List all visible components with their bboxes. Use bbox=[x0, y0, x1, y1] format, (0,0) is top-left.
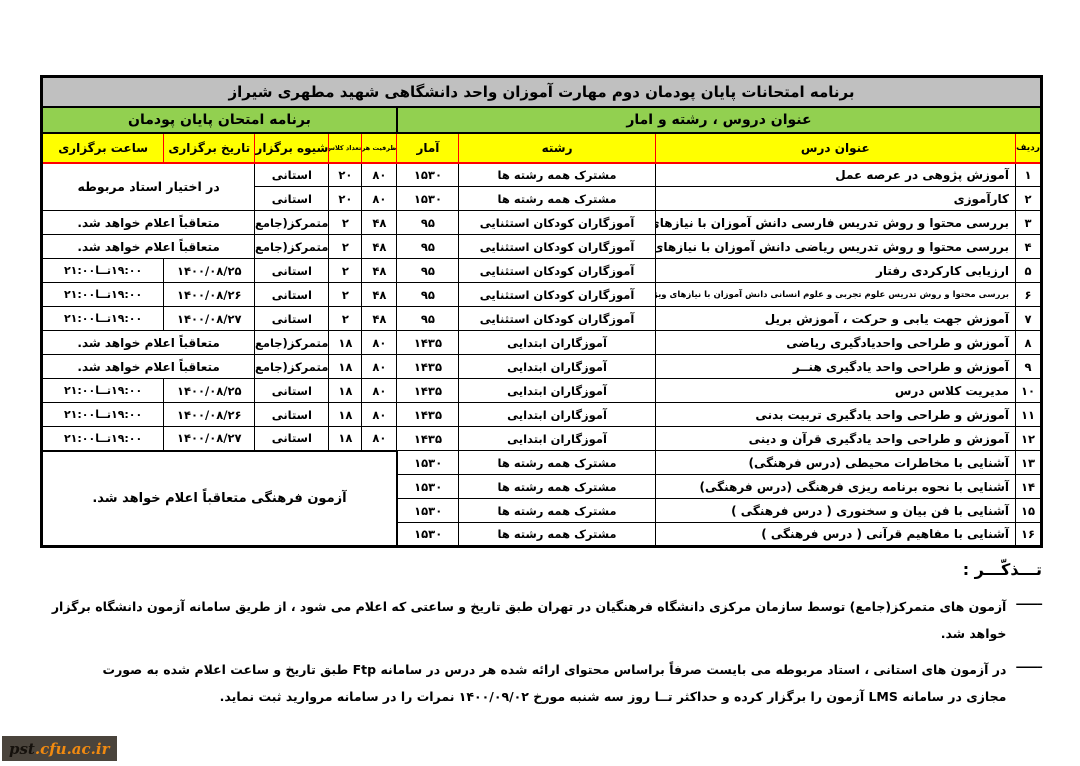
class-count: ۲۰ bbox=[329, 187, 362, 211]
exam-schedule-table: برنامه امتحانات پایان پودمان دوم مهارت آ… bbox=[40, 75, 1043, 548]
class-count: ۲ bbox=[329, 211, 362, 235]
class-capacity: ۸۰ bbox=[362, 427, 397, 451]
course-title: کارآموزی bbox=[655, 187, 1015, 211]
exam-time: ۱۹:۰۰تــا۲۱:۰۰ bbox=[42, 259, 164, 283]
exam-date: ۱۴۰۰/۰۸/۲۶ bbox=[164, 283, 255, 307]
exam-table-row: ۱۲آموزش و طراحی واحد یادگیری قرآن و دینی… bbox=[42, 427, 1042, 451]
exam-table-row: ۷آموزش جهت یابی و حرکت ، آموزش بریلآموزگ… bbox=[42, 307, 1042, 331]
note-line: آزمون های متمرکز(جامع) توسط سازمان مرکزی… bbox=[38, 593, 1006, 647]
class-capacity: ۸۰ bbox=[362, 403, 397, 427]
note-provincial-exams: ــــــ در آزمون های استانی ، استاد مربوط… bbox=[38, 656, 1042, 710]
cultural-exam-note: آزمون فرهنگی متعاقباً اعلام خواهد شد. bbox=[42, 451, 397, 547]
course-title: آشنایی با مخاطرات محیطی (درس فرهنگی) bbox=[655, 451, 1015, 475]
exam-date: ۱۴۰۰/۰۸/۲۵ bbox=[164, 379, 255, 403]
course-title: آموزش و طراحی واحد یادگیری قرآن و دینی bbox=[655, 427, 1015, 451]
col-header-class-count: تعداد کلاس bbox=[329, 133, 362, 163]
stat-count: ۱۵۳۰ bbox=[397, 187, 459, 211]
method: متمرکز(جامع) bbox=[255, 211, 329, 235]
stat-count: ۱۴۳۵ bbox=[397, 331, 459, 355]
band-exam-program: برنامه امتحان پایان پودمان bbox=[42, 107, 397, 133]
row-number: ۱۵ bbox=[1015, 499, 1041, 523]
notes-heading: تـــذکّـــر : bbox=[38, 560, 1042, 579]
exam-table-row: ۳بررسی محتوا و روش تدریس فارسی دانش آموز… bbox=[42, 211, 1042, 235]
row-number: ۱۶ bbox=[1015, 523, 1041, 547]
row-number: ۸ bbox=[1015, 331, 1041, 355]
exam-table-row: ۵ارزیابی کارکردی رفتارآموزگاران کودکان ا… bbox=[42, 259, 1042, 283]
row-number: ۹ bbox=[1015, 355, 1041, 379]
method: استانی bbox=[255, 379, 329, 403]
exam-table-row: ۱۳آشنایی با مخاطرات محیطی (درس فرهنگی)مش… bbox=[42, 451, 1042, 475]
column-header-row: ردیف عنوان درس رشته آمار ظرفیت هر کلاس ت… bbox=[42, 133, 1042, 163]
row-number: ۱۳ bbox=[1015, 451, 1041, 475]
row-number: ۶ bbox=[1015, 283, 1041, 307]
class-capacity: ۴۸ bbox=[362, 283, 397, 307]
exam-table-row: ۱آموزش پژوهی در عرصه عملمشترک همه رشته ه… bbox=[42, 163, 1042, 187]
major: آموزگاران ابتدایی bbox=[459, 355, 655, 379]
exam-table-row: ۱۰مدیریت کلاس درسآموزگاران ابتدایی۱۴۳۵۸۰… bbox=[42, 379, 1042, 403]
stat-count: ۹۵ bbox=[397, 307, 459, 331]
note-dash-icon: ــــــ bbox=[1016, 656, 1042, 671]
major: مشترک همه رشته ها bbox=[459, 451, 655, 475]
row-number: ۷ bbox=[1015, 307, 1041, 331]
class-count: ۱۸ bbox=[329, 355, 362, 379]
course-title: آموزش و طراحی واحدیادگیری ریاضی bbox=[655, 331, 1015, 355]
major: آموزگاران کودکان استثنایی bbox=[459, 235, 655, 259]
stat-count: ۱۵۳۰ bbox=[397, 451, 459, 475]
tba-note: متعاقباً اعلام خواهد شد. bbox=[42, 211, 255, 235]
note-centralized-exams: ــــــ آزمون های متمرکز(جامع) توسط سازما… bbox=[38, 593, 1042, 647]
class-capacity: ۸۰ bbox=[362, 187, 397, 211]
class-count: ۱۸ bbox=[329, 379, 362, 403]
major: مشترک همه رشته ها bbox=[459, 523, 655, 547]
class-count: ۱۸ bbox=[329, 403, 362, 427]
method: استانی bbox=[255, 427, 329, 451]
exam-table-row: ۶بررسی محتوا و روش تدریس علوم تجربی و عل… bbox=[42, 283, 1042, 307]
method: استانی bbox=[255, 163, 329, 187]
row-number: ۱۲ bbox=[1015, 427, 1041, 451]
class-count: ۲ bbox=[329, 259, 362, 283]
course-title: آشنایی با فن بیان و سخنوری ( درس فرهنگی … bbox=[655, 499, 1015, 523]
class-capacity: ۸۰ bbox=[362, 331, 397, 355]
course-title: مدیریت کلاس درس bbox=[655, 379, 1015, 403]
title-row: برنامه امتحانات پایان پودمان دوم مهارت آ… bbox=[42, 77, 1042, 107]
class-count: ۲۰ bbox=[329, 163, 362, 187]
exam-table-body: ۱آموزش پژوهی در عرصه عملمشترک همه رشته ه… bbox=[42, 163, 1042, 547]
course-title: بررسی محتوا و روش تدریس فارسی دانش آموزا… bbox=[655, 211, 1015, 235]
method: استانی bbox=[255, 403, 329, 427]
stat-count: ۹۵ bbox=[397, 283, 459, 307]
exam-time: ۱۹:۰۰تــا۲۱:۰۰ bbox=[42, 283, 164, 307]
class-capacity: ۴۸ bbox=[362, 235, 397, 259]
exam-date: ۱۴۰۰/۰۸/۲۵ bbox=[164, 259, 255, 283]
exam-time: ۱۹:۰۰تــا۲۱:۰۰ bbox=[42, 307, 164, 331]
course-title: آموزش و طراحی واحد یادگیری تربیت بدنی bbox=[655, 403, 1015, 427]
major: آموزگاران کودکان استثنایی bbox=[459, 307, 655, 331]
major: آموزگاران ابتدایی bbox=[459, 379, 655, 403]
stat-count: ۹۵ bbox=[397, 211, 459, 235]
col-header-row-number: ردیف bbox=[1015, 133, 1041, 163]
note-line: در آزمون های استانی ، استاد مربوطه می با… bbox=[103, 656, 1007, 683]
class-count: ۲ bbox=[329, 307, 362, 331]
class-capacity: ۴۸ bbox=[362, 307, 397, 331]
stat-count: ۹۵ bbox=[397, 259, 459, 283]
course-title: آموزش و طراحی واحد یادگیری هنــر bbox=[655, 355, 1015, 379]
class-capacity: ۸۰ bbox=[362, 355, 397, 379]
exam-date: ۱۴۰۰/۰۸/۲۷ bbox=[164, 307, 255, 331]
exam-table-row: ۸آموزش و طراحی واحدیادگیری ریاضیآموزگارا… bbox=[42, 331, 1042, 355]
exam-schedule-sheet: برنامه امتحانات پایان پودمان دوم مهارت آ… bbox=[40, 75, 1043, 548]
course-title: ارزیابی کارکردی رفتار bbox=[655, 259, 1015, 283]
document-page: برنامه امتحانات پایان پودمان دوم مهارت آ… bbox=[0, 0, 1080, 766]
stat-count: ۱۴۳۵ bbox=[397, 355, 459, 379]
class-count: ۲ bbox=[329, 283, 362, 307]
row-number: ۳ bbox=[1015, 211, 1041, 235]
col-header-major: رشته bbox=[459, 133, 655, 163]
exam-time: ۱۹:۰۰تــا۲۱:۰۰ bbox=[42, 403, 164, 427]
exam-date: ۱۴۰۰/۰۸/۲۷ bbox=[164, 427, 255, 451]
tba-note: متعاقباً اعلام خواهد شد. bbox=[42, 331, 255, 355]
major: آموزگاران کودکان استثنایی bbox=[459, 259, 655, 283]
exam-date: ۱۴۰۰/۰۸/۲۶ bbox=[164, 403, 255, 427]
stat-count: ۱۵۳۰ bbox=[397, 163, 459, 187]
document-title: برنامه امتحانات پایان پودمان دوم مهارت آ… bbox=[42, 77, 1042, 107]
major: آموزگاران کودکان استثنایی bbox=[459, 211, 655, 235]
exam-table-row: ۱۱آموزش و طراحی واحد یادگیری تربیت بدنیآ… bbox=[42, 403, 1042, 427]
watermark-prefix: pst bbox=[9, 740, 35, 758]
section-band-row: عنوان دروس ، رشته و امار برنامه امتحان پ… bbox=[42, 107, 1042, 133]
exam-table-row: ۴بررسی محتوا و روش تدریس ریاضی دانش آموز… bbox=[42, 235, 1042, 259]
col-header-method: شیوه برگزاری bbox=[255, 133, 329, 163]
note-line: مجازی در سامانه LMS آزمون را برگزار کرده… bbox=[103, 683, 1007, 710]
method: استانی bbox=[255, 307, 329, 331]
stat-count: ۱۴۳۵ bbox=[397, 427, 459, 451]
class-capacity: ۴۸ bbox=[362, 259, 397, 283]
watermark-badge: pst.cfu.ac.ir bbox=[2, 736, 117, 761]
stat-count: ۹۵ bbox=[397, 235, 459, 259]
stat-count: ۱۴۳۵ bbox=[397, 403, 459, 427]
method: استانی bbox=[255, 259, 329, 283]
exam-time: ۱۹:۰۰تــا۲۱:۰۰ bbox=[42, 427, 164, 451]
course-title: آشنایی با مفاهیم قرآنی ( درس فرهنگی ) bbox=[655, 523, 1015, 547]
class-count: ۱۸ bbox=[329, 331, 362, 355]
tba-note: متعاقباً اعلام خواهد شد. bbox=[42, 235, 255, 259]
row-number: ۵ bbox=[1015, 259, 1041, 283]
method: استانی bbox=[255, 283, 329, 307]
tba-note: متعاقباً اعلام خواهد شد. bbox=[42, 355, 255, 379]
major: آموزگاران ابتدایی bbox=[459, 403, 655, 427]
major: مشترک همه رشته ها bbox=[459, 499, 655, 523]
row-number: ۱۱ bbox=[1015, 403, 1041, 427]
watermark-suffix: .cfu.ac.ir bbox=[35, 740, 110, 758]
owner-note: در اختیار استاد مربوطه bbox=[42, 163, 255, 211]
row-number: ۱۴ bbox=[1015, 475, 1041, 499]
major: آموزگاران ابتدایی bbox=[459, 331, 655, 355]
class-count: ۲ bbox=[329, 235, 362, 259]
band-courses-majors-stats: عنوان دروس ، رشته و امار bbox=[397, 107, 1042, 133]
col-header-stats: آمار bbox=[397, 133, 459, 163]
exam-time: ۱۹:۰۰تــا۲۱:۰۰ bbox=[42, 379, 164, 403]
major: مشترک همه رشته ها bbox=[459, 187, 655, 211]
stat-count: ۱۵۳۰ bbox=[397, 499, 459, 523]
exam-table-row: ۹آموزش و طراحی واحد یادگیری هنــرآموزگار… bbox=[42, 355, 1042, 379]
note-dash-icon: ــــــ bbox=[1016, 593, 1042, 608]
major: آموزگاران ابتدایی bbox=[459, 427, 655, 451]
class-capacity: ۸۰ bbox=[362, 379, 397, 403]
stat-count: ۱۵۳۰ bbox=[397, 475, 459, 499]
stat-count: ۱۴۳۵ bbox=[397, 379, 459, 403]
class-count: ۱۸ bbox=[329, 427, 362, 451]
row-number: ۲ bbox=[1015, 187, 1041, 211]
major: آموزگاران کودکان استثنایی bbox=[459, 283, 655, 307]
row-number: ۴ bbox=[1015, 235, 1041, 259]
method: استانی bbox=[255, 187, 329, 211]
method: متمرکز(جامع) bbox=[255, 235, 329, 259]
course-title: بررسی محتوا و روش تدریس ریاضی دانش آموزا… bbox=[655, 235, 1015, 259]
course-title: بررسی محتوا و روش تدریس علوم تجربی و علو… bbox=[655, 283, 1015, 307]
method: متمرکز(جامع) bbox=[255, 355, 329, 379]
major: مشترک همه رشته ها bbox=[459, 475, 655, 499]
major: مشترک همه رشته ها bbox=[459, 163, 655, 187]
row-number: ۱۰ bbox=[1015, 379, 1041, 403]
course-title: آشنایی با نحوه برنامه ریزی فرهنگی (درس ف… bbox=[655, 475, 1015, 499]
col-header-course-title: عنوان درس bbox=[655, 133, 1015, 163]
col-header-class-capacity: ظرفیت هر کلاس bbox=[362, 133, 397, 163]
notes-section: تـــذکّـــر : ــــــ آزمون های متمرکز(جا… bbox=[38, 560, 1042, 719]
col-header-time: ساعت برگزاری bbox=[42, 133, 164, 163]
row-number: ۱ bbox=[1015, 163, 1041, 187]
stat-count: ۱۵۳۰ bbox=[397, 523, 459, 547]
course-title: آموزش جهت یابی و حرکت ، آموزش بریل bbox=[655, 307, 1015, 331]
class-capacity: ۸۰ bbox=[362, 163, 397, 187]
method: متمرکز(جامع) bbox=[255, 331, 329, 355]
course-title: آموزش پژوهی در عرصه عمل bbox=[655, 163, 1015, 187]
class-capacity: ۴۸ bbox=[362, 211, 397, 235]
col-header-date: تاریخ برگزاری bbox=[164, 133, 255, 163]
